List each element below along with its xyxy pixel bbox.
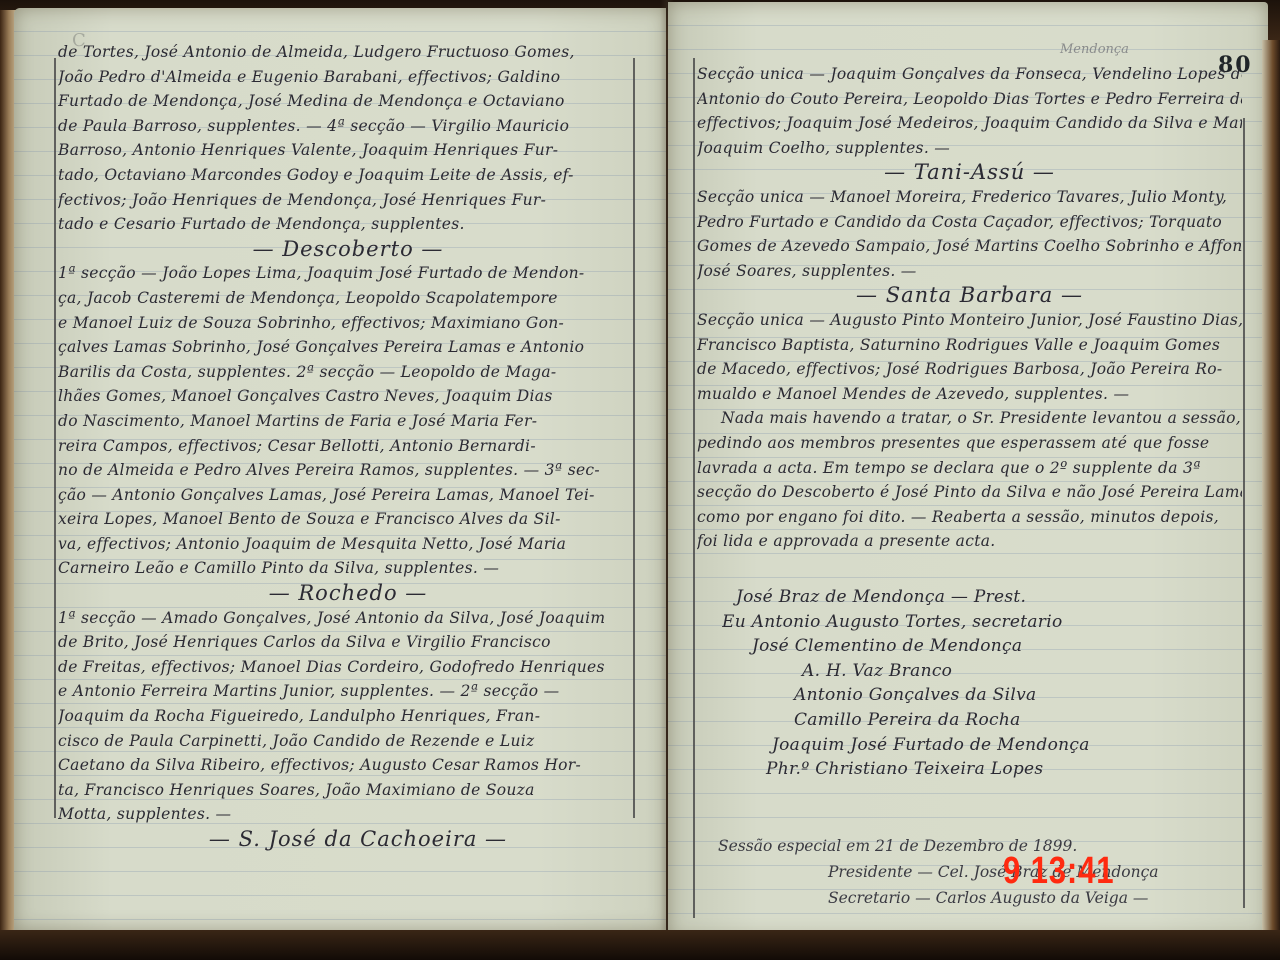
text-line: foi lida e approvada a presente acta. (697, 529, 1242, 554)
section-heading-tani-assu: — Tani-Assú — (697, 160, 1242, 185)
signature-block: José Braz de Mendonça — Prest. Eu Antoni… (722, 585, 1222, 782)
text-line: lavrada a acta. Em tempo se declara que … (697, 456, 1242, 481)
text-line: José Soares, supplentes. — (697, 259, 1242, 284)
text-line: tado, Octaviano Marcondes Godoy e Joaqui… (58, 163, 638, 188)
text-line: çalves Lamas Sobrinho, José Gonçalves Pe… (58, 335, 638, 360)
text-line: como por engano foi dito. — Reaberta a s… (697, 505, 1242, 530)
signature: Joaquim José Furtado de Mendonça (722, 733, 1222, 758)
text-line: João Pedro d'Almeida e Eugenio Barabani,… (58, 65, 638, 90)
signature: Antonio Gonçalves da Silva (722, 683, 1222, 708)
text-line: Motta, supplentes. — (58, 802, 638, 827)
text-line: Pedro Furtado e Candido da Costa Caçador… (697, 210, 1242, 235)
text-line: ta, Francisco Henriques Soares, João Max… (58, 778, 638, 803)
signature: A. H. Vaz Branco (722, 659, 1222, 684)
signature: José Braz de Mendonça — Prest. (722, 585, 1222, 610)
text-line: do Nascimento, Manoel Martins de Faria e… (58, 409, 638, 434)
text-line: de Freitas, effectivos; Manoel Dias Cord… (58, 655, 638, 680)
text-line: e Antonio Ferreira Martins Junior, suppl… (58, 679, 638, 704)
text-line: cisco de Paula Carpinetti, João Candido … (58, 729, 638, 754)
text-line: de Paula Barroso, supplentes. — 4ª secçã… (58, 114, 638, 139)
text-line-with-underlined-name: ção — Antonio Gonçalves Lamas, José Pere… (58, 483, 638, 508)
right-page-margin-right (1243, 118, 1245, 908)
section-heading-descoberto: — Descoberto — (58, 237, 638, 262)
text-line: Francisco Baptista, Saturnino Rodrigues … (697, 333, 1242, 358)
text-line: secção do Descoberto é José Pinto da Sil… (697, 480, 1242, 505)
signature: Phr.º Christiano Teixeira Lopes (722, 757, 1222, 782)
camera-timestamp-overlay: 9 13:41 (1003, 850, 1114, 893)
text-line: Gomes de Azevedo Sampaio, José Martins C… (697, 234, 1242, 259)
text-line: Caetano da Silva Ribeiro, effectivos; Au… (58, 753, 638, 778)
text-line: de Brito, José Henriques Carlos da Silva… (58, 630, 638, 655)
text-line: effectivos; Joaquim José Medeiros, Joaqu… (697, 111, 1242, 136)
text-line: fectivos; João Henriques de Mendonça, Jo… (58, 188, 638, 213)
section-heading-santa-barbara: — Santa Barbara — (697, 283, 1242, 308)
text-line: Furtado de Mendonça, José Medina de Mend… (58, 89, 638, 114)
left-page-margin-left (54, 58, 56, 818)
book-edge-right (1262, 40, 1280, 940)
text-line: Barroso, Antonio Henriques Valente, Joaq… (58, 138, 638, 163)
signature: Eu Antonio Augusto Tortes, secretario (722, 610, 1222, 635)
text-line: tado e Cesario Furtado de Mendonça, supp… (58, 212, 638, 237)
text-line: Secção unica — Manoel Moreira, Frederico… (697, 185, 1242, 210)
left-page-text: de Tortes, José Antonio de Almeida, Ludg… (58, 40, 638, 852)
right-page-margin-left (693, 58, 695, 918)
text-line: lhães Gomes, Manoel Gonçalves Castro Nev… (58, 384, 638, 409)
top-faint-note: Mendonça (1060, 42, 1129, 57)
text-line: Barilis da Costa, supplentes. 2ª secção … (58, 360, 638, 385)
text-line: 1ª secção — João Lopes Lima, Joaquim Jos… (58, 261, 638, 286)
text-line: xeira Lopes, Manoel Bento de Souza e Fra… (58, 507, 638, 532)
text-line: de Tortes, José Antonio de Almeida, Ludg… (58, 40, 638, 65)
section-heading-sao-jose-da-cachoeira: — S. José da Cachoeira — (58, 827, 638, 852)
text-line: Secção unica — Augusto Pinto Monteiro Ju… (697, 308, 1242, 333)
right-page-text: Secção unica — Joaquim Gonçalves da Fons… (697, 62, 1242, 554)
text-line: va, effectivos; Antonio Joaquim de Mesqu… (58, 532, 638, 557)
text-line: Secção unica — Joaquim Gonçalves da Fons… (697, 62, 1242, 87)
text-line: pedindo aos membros presentes que espera… (697, 431, 1242, 456)
text-line: reira Campos, effectivos; Cesar Bellotti… (58, 434, 638, 459)
text-line: no de Almeida e Pedro Alves Pereira Ramo… (58, 458, 638, 483)
text-line: Carneiro Leão e Camillo Pinto da Silva, … (58, 556, 638, 581)
text-line: Antonio do Couto Pereira, Leopoldo Dias … (697, 87, 1242, 112)
signature: Camillo Pereira da Rocha (722, 708, 1222, 733)
text-line: Nada mais havendo a tratar, o Sr. Presid… (697, 406, 1242, 431)
text-line: mualdo e Manoel Mendes de Azevedo, suppl… (697, 382, 1242, 407)
section-heading-rochedo: — Rochedo — (58, 581, 638, 606)
text-line: Joaquim Coelho, supplentes. — (697, 136, 1242, 161)
signature: José Clementino de Mendonça (722, 634, 1222, 659)
text-line: Joaquim da Rocha Figueiredo, Landulpho H… (58, 704, 638, 729)
text-line: de Macedo, effectivos; José Rodrigues Ba… (697, 357, 1242, 382)
text-line: ça, Jacob Casteremi de Mendonça, Leopold… (58, 286, 638, 311)
text-line: e Manoel Luiz de Souza Sobrinho, effecti… (58, 311, 638, 336)
book-binding-bottom (0, 930, 1280, 960)
text-line: 1ª secção — Amado Gonçalves, José Antoni… (58, 606, 638, 631)
